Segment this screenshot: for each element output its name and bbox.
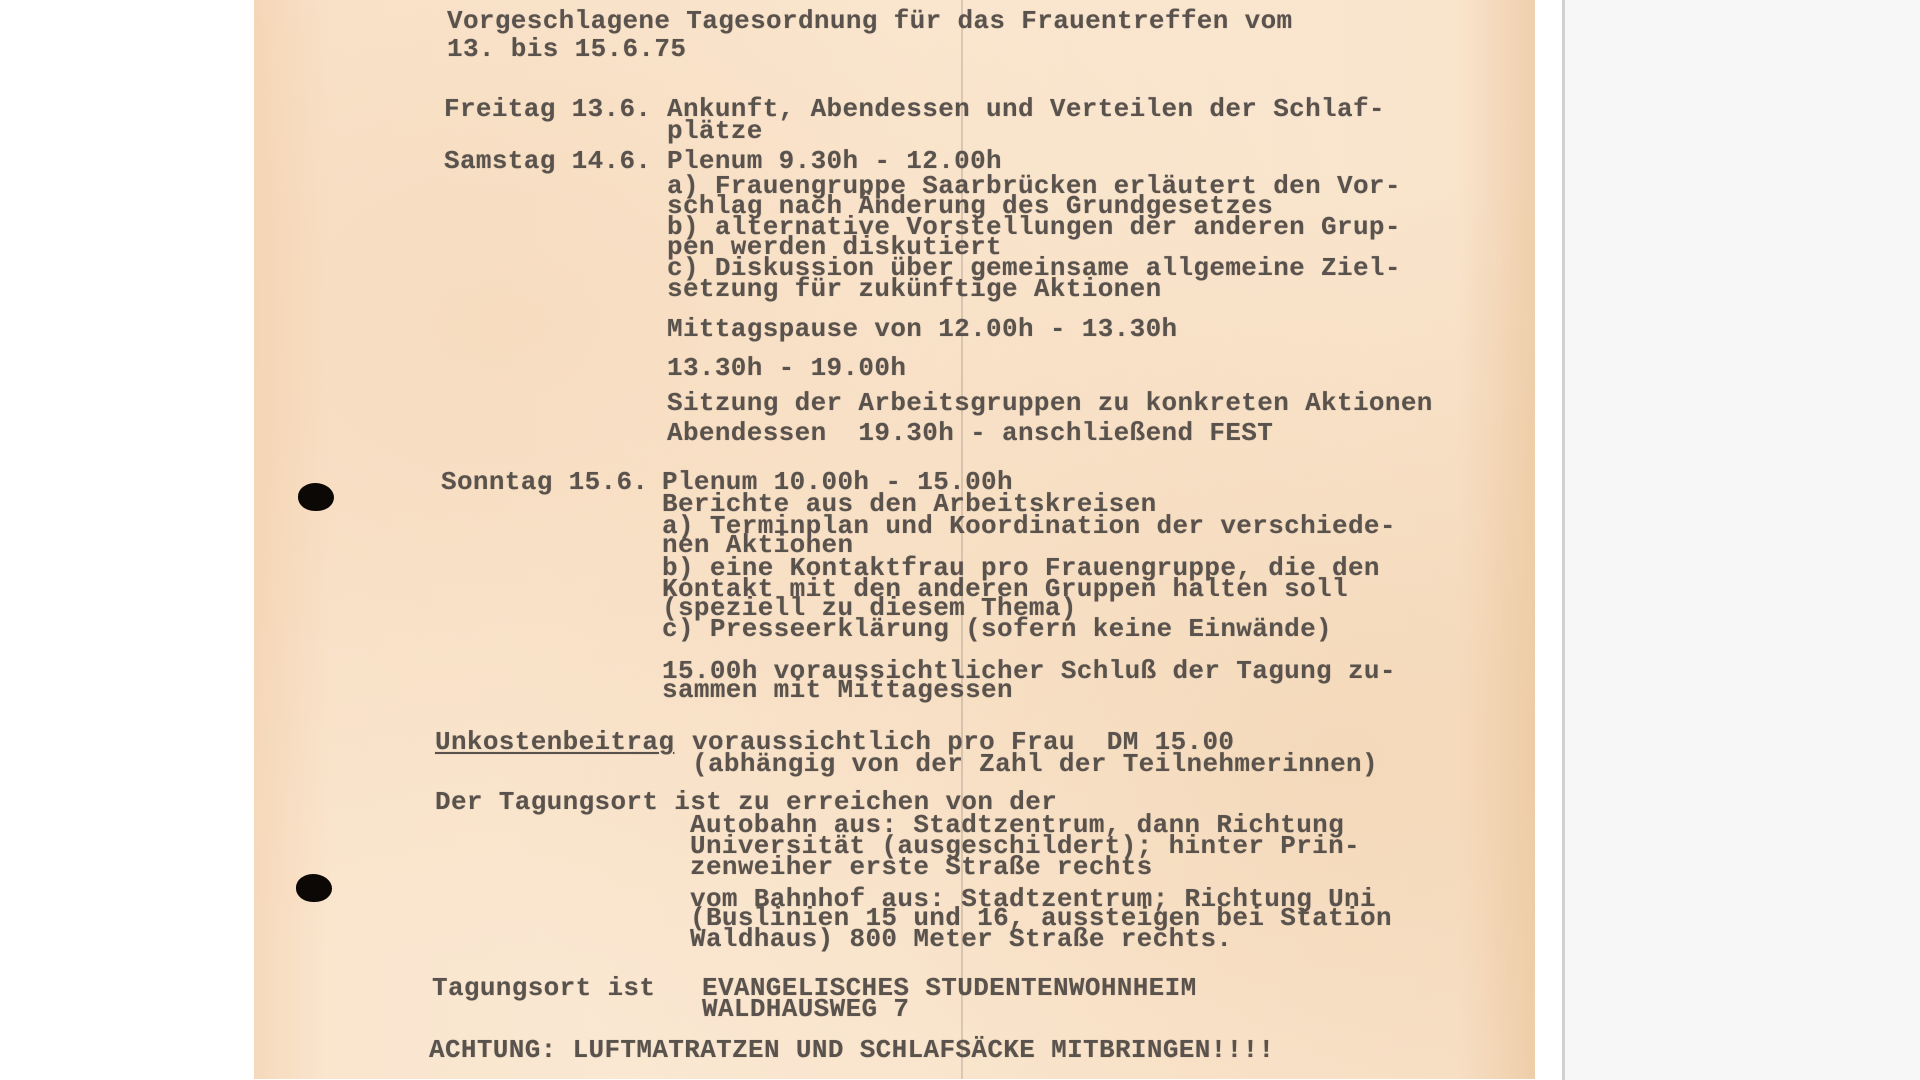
day-label-saturday: Samstag 14.6. xyxy=(444,148,651,174)
cost-note: (abhängig von der Zahl der Teilnehmerinn… xyxy=(692,751,1378,777)
agenda-line: Sitzung der Arbeitsgruppen zu konkreten … xyxy=(667,390,1433,416)
directions-line: zenweiher erste Straße rechts xyxy=(690,854,1153,880)
side-panel xyxy=(1565,0,1920,1080)
document-page: Vorgeschlagene Tagesordnung für das Frau… xyxy=(254,0,1535,1079)
punch-hole-icon xyxy=(296,874,332,902)
day-label-friday: Freitag 13.6. xyxy=(444,96,651,122)
document-date-range: 13. bis 15.6.75 xyxy=(447,36,686,62)
directions-line: Waldhaus) 800 Meter Straße rechts. xyxy=(690,926,1232,952)
viewer-gutter xyxy=(1535,0,1562,1080)
document-title: Vorgeschlagene Tagesordnung für das Frau… xyxy=(447,8,1292,34)
venue-street: WALDHAUSWEG 7 xyxy=(702,996,909,1022)
viewer-background xyxy=(0,0,254,1080)
agenda-line: setzung für zukünftige Aktionen xyxy=(667,276,1162,302)
agenda-line: 13.30h - 19.00h xyxy=(667,355,906,381)
punch-hole-icon xyxy=(298,483,334,511)
agenda-line: Ankunft, Abendessen und Verteilen der Sc… xyxy=(667,96,1385,122)
agenda-line: c) Presseerklärung (sofern keine Einwänd… xyxy=(662,616,1332,642)
agenda-line: sammen mit Mittagessen xyxy=(662,677,1013,703)
day-label-sunday: Sonntag 15.6. xyxy=(441,469,648,495)
agenda-line: plätze xyxy=(667,118,763,144)
agenda-line: Abendessen 19.30h - anschließend FEST xyxy=(667,420,1273,446)
venue-label: Tagungsort ist xyxy=(432,975,655,1001)
cost-label: Unkostenbeitrag xyxy=(435,729,674,755)
agenda-line: Mittagspause von 12.00h - 13.30h xyxy=(667,316,1177,342)
notice-text: ACHTUNG: LUFTMATRATZEN UND SCHLAFSÄCKE M… xyxy=(429,1037,1274,1063)
